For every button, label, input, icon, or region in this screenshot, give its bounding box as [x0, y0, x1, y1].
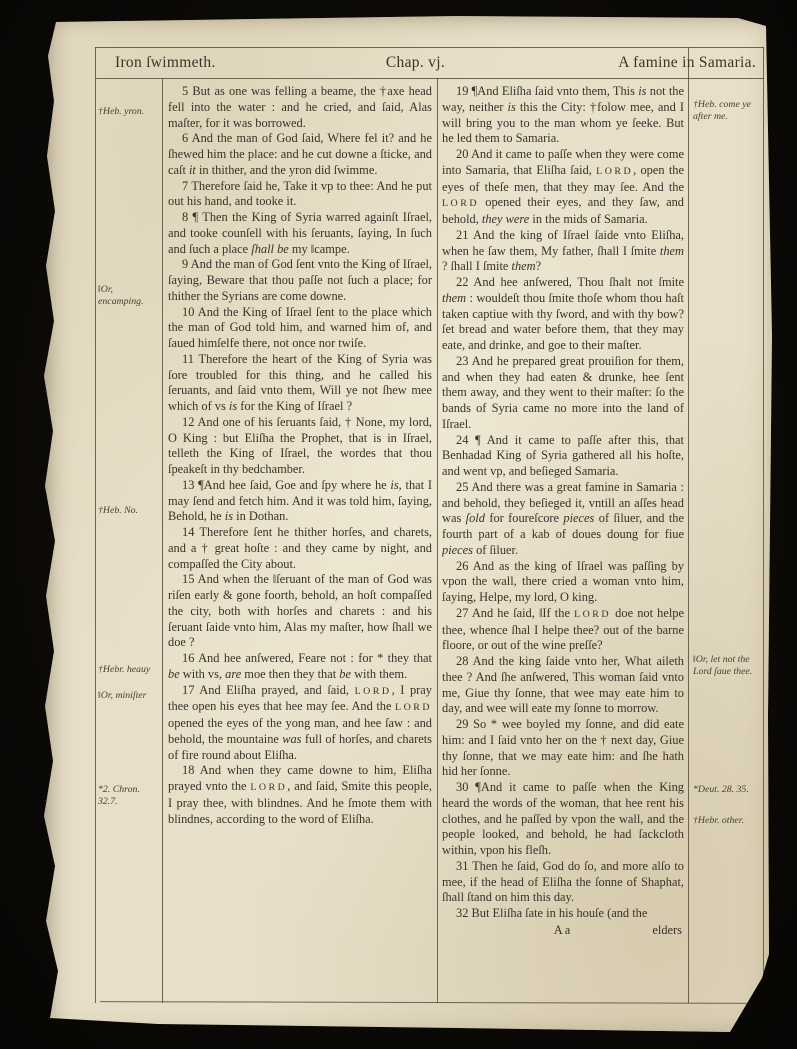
catchword: elders [652, 923, 682, 939]
margin-note: †Heb. No. [98, 505, 158, 517]
verse-paragraph: 24 ¶ And it came to paſſe after this, th… [442, 433, 684, 480]
signature-row: Aa elders [442, 923, 684, 939]
right-column-rule [688, 47, 689, 1003]
right-column-verses: 19 ¶And Eliſha ſaid vnto them, This is n… [442, 84, 684, 922]
chapter-heading: Chap. vj. [315, 54, 515, 72]
left-margin-notes: †Heb. yron.‖Or, encamping.†Heb. No.†Hebr… [98, 84, 158, 1002]
right-margin-notes: †Heb. come ye after me.‖Or, let not the … [693, 84, 761, 1002]
verse-paragraph: 28 And the king ſaide vnto her, What ail… [442, 654, 684, 717]
signature-mark: Aa [442, 923, 684, 939]
verse-paragraph: 12 And one of his ſeruants ſaid, † None,… [168, 415, 432, 478]
margin-note: †Heb. yron. [98, 106, 158, 118]
verse-paragraph: 22 And hee anſwered, Thou ſhalt not ſmit… [442, 275, 684, 354]
left-outer-rule [95, 47, 96, 1003]
top-rule [95, 47, 764, 48]
margin-note: *Deut. 28. 35. [693, 784, 761, 796]
verse-paragraph: 9 And the man of God ſent vnto the King … [168, 257, 432, 304]
left-column-rule [162, 78, 163, 1003]
verse-paragraph: 16 And hee anſwered, Feare not : for * t… [168, 651, 432, 683]
verse-paragraph: 13 ¶And hee ſaid, Goe and ſpy where he i… [168, 478, 432, 525]
verse-paragraph: 23 And he prepared great prouiſion for t… [442, 354, 684, 433]
margin-note: ‖Or, miniſter [98, 690, 158, 702]
verse-paragraph: 29 So * wee boyled my ſonne, and did eat… [442, 717, 684, 780]
verse-paragraph: 21 And the king of Iſrael ſaide vnto Eli… [442, 228, 684, 275]
right-text-column: 19 ¶And Eliſha ſaid vnto them, This is n… [442, 84, 684, 1002]
verse-paragraph: 7 Therefore ſaid he, Take it vp to thee:… [168, 179, 432, 211]
verse-paragraph: 20 And it came to paſſe when they were c… [442, 147, 684, 228]
margin-note: ‖Or, let not the Lord ſaue thee. [693, 654, 761, 677]
left-text-column: 5 But as one was felling a beame, the †a… [168, 84, 432, 1002]
verse-paragraph: 25 And there was a great famine in Samar… [442, 480, 684, 559]
header-rule [95, 78, 764, 79]
verse-paragraph: 17 And Eliſha prayed, and ſaid, LORD, I … [168, 683, 432, 764]
margin-note: †Hebr. heauy [98, 664, 158, 676]
verse-paragraph: 11 Therefore the heart of the King of Sy… [168, 352, 432, 415]
margin-note: ‖Or, encamping. [98, 284, 158, 307]
running-head-left: Iron ſwimmeth. [95, 54, 315, 72]
margin-note: †Heb. come ye after me. [693, 99, 761, 122]
verse-paragraph: 10 And the King of Iſrael ſent to the pl… [168, 305, 432, 352]
verse-paragraph: 19 ¶And Eliſha ſaid vnto them, This is n… [442, 84, 684, 147]
verse-paragraph: 18 And when they came downe to him, Eliſ… [168, 763, 432, 827]
running-head-right: A famine in Samaria. [516, 54, 764, 72]
verse-paragraph: 27 And he ſaid, ‖If the LORD doe not hel… [442, 606, 684, 654]
right-outer-rule [763, 47, 764, 1003]
verse-paragraph: 14 Therefore ſent he thither horſes, and… [168, 525, 432, 572]
margin-note: †Hebr. other. [693, 815, 761, 827]
bible-page: Iron ſwimmeth. Chap. vj. A famine in Sam… [38, 16, 772, 1038]
verse-paragraph: 30 ¶And it came to paſſe when the King h… [442, 780, 684, 859]
verse-paragraph: 26 And as the king of Iſrael was paſſing… [442, 559, 684, 606]
verse-paragraph: 31 Then he ſaid, God do ſo, and more alſ… [442, 859, 684, 906]
running-head: Iron ſwimmeth. Chap. vj. A famine in Sam… [95, 50, 764, 76]
margin-note: *2. Chron. 32.7. [98, 784, 158, 807]
verse-paragraph: 5 But as one was felling a beame, the †a… [168, 84, 432, 131]
verse-paragraph: 15 And when the ‖ſeruant of the man of G… [168, 572, 432, 651]
center-column-rule [437, 78, 438, 1003]
verse-paragraph: 8 ¶ Then the King of Syria warred againſ… [168, 210, 432, 257]
verse-paragraph: 6 And the man of God ſaid, Where fel it?… [168, 131, 432, 178]
verse-paragraph: 32 But Eliſha ſate in his houſe (and the [442, 906, 684, 922]
